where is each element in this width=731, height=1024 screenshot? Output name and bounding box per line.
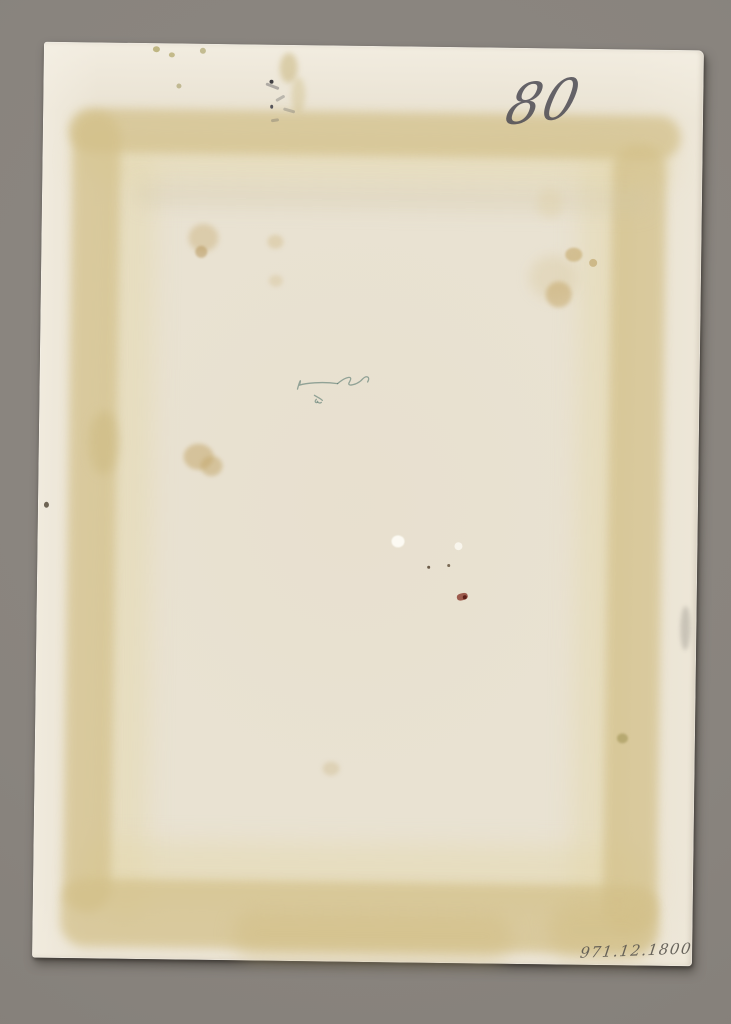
stain-spot bbox=[269, 275, 283, 287]
stain-spot bbox=[267, 235, 283, 249]
stain-spot bbox=[153, 46, 160, 52]
stain-spot bbox=[200, 48, 206, 54]
white-spot bbox=[391, 535, 404, 547]
adhesive-stain-band-right bbox=[602, 145, 666, 934]
adhesive-stain-band-bottom bbox=[232, 910, 513, 960]
stain-spot bbox=[322, 761, 339, 775]
pencil-smudge bbox=[269, 80, 273, 84]
stain-spot bbox=[427, 566, 430, 569]
stain-spot bbox=[291, 77, 305, 113]
stain-spot bbox=[44, 502, 49, 508]
paper-sheet: 80 971.12.1800 bbox=[32, 42, 704, 967]
accession-number: 971.12.1800 bbox=[579, 939, 693, 962]
photo-backdrop: 80 971.12.1800 bbox=[0, 0, 731, 1024]
white-spot bbox=[454, 542, 462, 550]
pencil-smudge bbox=[270, 105, 273, 109]
stain-spot bbox=[680, 606, 691, 650]
stain-spot bbox=[169, 52, 175, 57]
stain-spot bbox=[589, 259, 597, 267]
ink-offset-scribble bbox=[287, 357, 388, 406]
stain-spot bbox=[200, 456, 222, 476]
stain-spot bbox=[537, 188, 563, 218]
stain-spot bbox=[565, 248, 582, 262]
stain-spot bbox=[617, 733, 628, 743]
stain-spot bbox=[447, 564, 450, 567]
adhesive-stain-band-top bbox=[69, 108, 682, 160]
pencil-smudge bbox=[275, 95, 285, 103]
stain-spot bbox=[546, 281, 572, 307]
stain-spot bbox=[132, 181, 652, 214]
stain-spot bbox=[195, 246, 207, 258]
red-pigment-mark bbox=[463, 595, 467, 599]
stain-spot bbox=[176, 83, 181, 88]
